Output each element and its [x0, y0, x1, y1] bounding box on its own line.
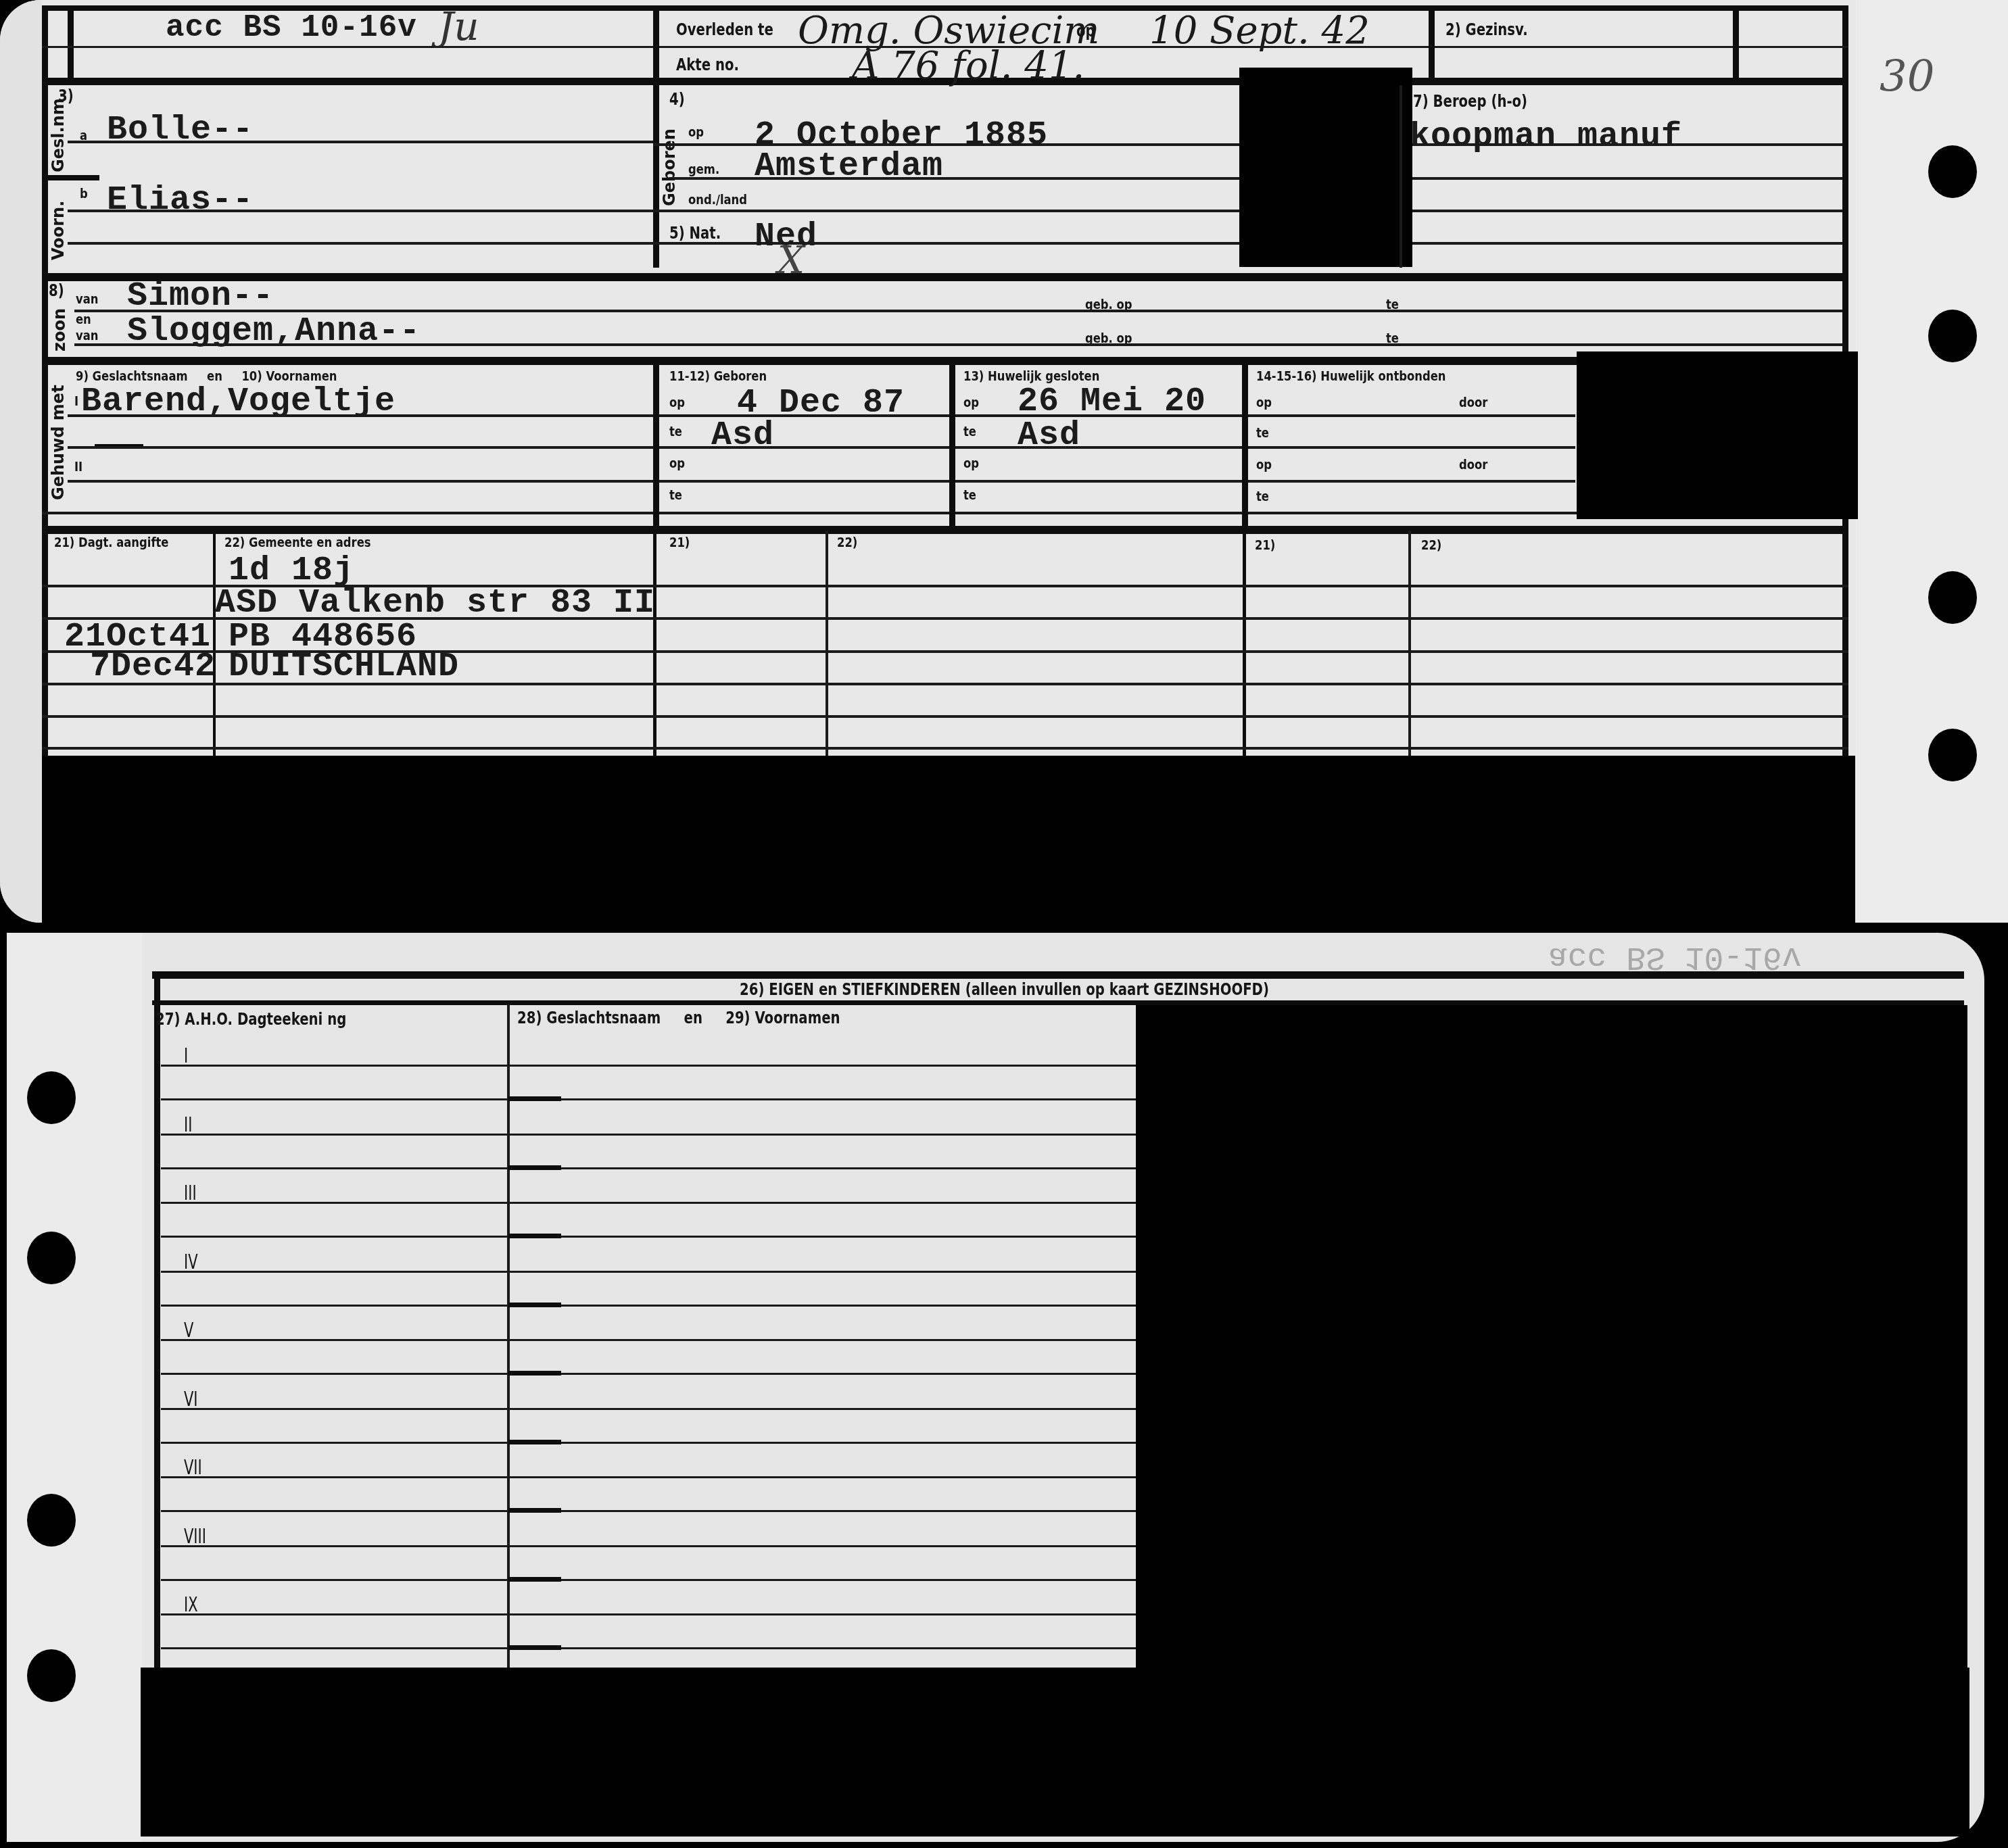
punch-hole-5: [27, 1071, 76, 1124]
dissolved-op-label: op: [1256, 395, 1272, 409]
gehuwd-met-side-label: Gehuwd met: [49, 385, 68, 500]
address-col22-c: 22): [1421, 538, 1441, 552]
back-title-top-rule: [152, 971, 1964, 979]
born-te-label-2: te: [669, 488, 682, 502]
address-row-4-date: 7Dec42: [90, 650, 216, 684]
gezinsv-label: 2) Gezinsv.: [1445, 22, 1528, 38]
married-place: Asd: [1018, 419, 1080, 453]
address-date-header: 21) Dagt. aangifte: [54, 535, 168, 549]
punch-hole-3: [1928, 571, 1977, 624]
address-rule-6: [42, 747, 1848, 750]
married-op-label: op: [963, 395, 979, 409]
dissolved-header: 14-15-16) Huwelijk ontbonden: [1256, 369, 1445, 383]
address-row-4-address: DUITSCHLAND: [229, 650, 459, 684]
father-name: Simon--: [127, 280, 274, 314]
mother-rule: [74, 343, 1842, 346]
header-divider-2: [653, 11, 659, 268]
name-rule-3: [68, 242, 653, 245]
father-te-label: te: [1386, 297, 1399, 311]
parents-number: 8): [49, 283, 64, 299]
marriage-divider-3: [1242, 362, 1248, 527]
front-card-left-edge: [0, 0, 42, 923]
spouse-1-marker: I: [74, 394, 78, 408]
child-row-dash-mark: [508, 1303, 561, 1307]
parents-en-label: en: [76, 312, 91, 326]
card-reference: acc BS 10-16v: [166, 12, 417, 43]
child-row-subrule: [161, 1647, 1136, 1649]
child-row-dash-mark: [508, 1371, 561, 1376]
birth-ond-label: ond./land: [688, 193, 747, 206]
spouse-rule-2: [68, 446, 1575, 449]
address-col21-c: 21): [1255, 538, 1275, 552]
address-row-1-address: 1d 18j: [229, 554, 354, 588]
dissolved-te-label-2: te: [1256, 489, 1269, 503]
child-row-subrule: [161, 1510, 1136, 1512]
dissolved-op-label-2: op: [1256, 458, 1272, 471]
married-op-label-2: op: [963, 456, 979, 470]
firstname-rule: [68, 210, 653, 212]
married-date: 26 Mei 20: [1018, 385, 1206, 419]
surname-rule: [68, 141, 653, 143]
children-section-title: 26) EIGEN en STIEFKINDEREN (alleen invul…: [740, 981, 1269, 998]
child-row-dash-mark: [508, 1577, 561, 1582]
address-divider-2: [826, 531, 828, 757]
header-divider-3: [1429, 11, 1435, 82]
birth-op-label: op: [688, 125, 704, 139]
birth-gem-label: gem.: [688, 162, 719, 176]
born-op-label-2: op: [669, 456, 685, 470]
punch-hole-6: [27, 1232, 76, 1284]
mother-van-label: van: [76, 329, 98, 342]
born-header: 11-12) Geboren: [669, 369, 767, 383]
nat-label: 5) Nat.: [669, 225, 721, 241]
redaction-block-1: [1239, 68, 1412, 267]
zoon-side-label: zoon: [50, 308, 69, 351]
child-row-dash-mark: [508, 1645, 561, 1650]
child-row-dash-mark: [508, 1165, 561, 1170]
child-row-subrule: [161, 1579, 1136, 1581]
address-col21-b: 21): [669, 535, 690, 549]
back-divider: [507, 1005, 510, 1668]
surname-marker: a: [80, 128, 87, 142]
firstname-value: Elias--: [107, 184, 254, 218]
birth-place-rule: [669, 177, 1241, 180]
punch-hole-2: [1928, 310, 1977, 362]
born-op-label: op: [669, 395, 685, 409]
child-row-rule: [161, 1476, 1136, 1478]
marriage-names-header: 9) Geslachtsnaam en 10) Voornamen: [76, 369, 337, 383]
child-row-subrule: [161, 1442, 1136, 1444]
address-col22-b: 22): [837, 535, 857, 549]
child-row-subrule: [161, 1373, 1136, 1375]
child-row-dash-mark: [508, 1234, 561, 1238]
address-divider-date: [213, 531, 216, 757]
child-row-rule: [161, 1134, 1136, 1136]
firstname-marker: b: [80, 187, 88, 200]
spouse-rule-3: [68, 480, 1575, 483]
child-row-rule: [161, 1339, 1136, 1341]
child-row-subrule: [161, 1305, 1136, 1307]
marriage-divider-2: [949, 362, 955, 527]
gesl-nm-side-label: Gesl.nm.: [49, 92, 68, 172]
front-frame-left: [42, 5, 48, 756]
nat-rule: [653, 242, 1241, 245]
punch-hole-4: [1928, 729, 1977, 781]
mother-geb-op-label: geb. op: [1085, 331, 1132, 345]
address-divider-1: [653, 531, 656, 757]
child-row-subrule: [161, 1167, 1136, 1169]
address-top-rule: [42, 526, 1848, 534]
punch-hole-7: [27, 1494, 76, 1547]
akte-label: Akte no.: [676, 57, 739, 73]
name-split-mark: [42, 175, 99, 180]
front-card-margin: [1856, 0, 2008, 923]
address-header: 22) Gemeente en adres: [224, 535, 371, 549]
mirrored-reference: acc BS 10-16v: [1548, 938, 1801, 975]
spouse-2-marker: II: [74, 460, 82, 473]
address-divider-4: [1408, 531, 1411, 757]
back-frame-left: [154, 971, 160, 1668]
dissolved-door-label: door: [1459, 395, 1487, 409]
child-row-rule: [161, 1613, 1136, 1615]
address-row-2-address: ASD Valkenb str 83 II: [215, 587, 655, 621]
born-place: Asd: [711, 419, 774, 453]
birth-date-rule: [653, 143, 1241, 146]
beroep-divider: [1400, 85, 1402, 268]
child-row-rule: [161, 1202, 1136, 1204]
born-date: 4 Dec 87: [737, 387, 905, 420]
married-header: 13) Huwelijk gesloten: [963, 369, 1099, 383]
header-divider-4: [1733, 11, 1739, 82]
child-row-rule: [161, 1408, 1136, 1410]
beroep-label: 7) Beroep (h-o): [1413, 93, 1527, 110]
redaction-block-4: [1136, 1005, 1967, 1671]
child-row-dash-mark: [508, 1440, 561, 1444]
child-row-rule: [161, 1065, 1136, 1067]
mother-te-label: te: [1386, 331, 1399, 345]
birth-section-number: 4): [669, 91, 685, 107]
overleden-te-label: Overleden te: [676, 22, 773, 38]
redaction-block-3: [42, 756, 1855, 923]
spouse-rule-4: [42, 512, 1579, 514]
redaction-block-5: [141, 1668, 1969, 1837]
child-row-subrule: [161, 1236, 1136, 1238]
child-row-subrule: [161, 1098, 1136, 1100]
page-number: 30: [1880, 55, 1934, 99]
dissolved-door-label-2: door: [1459, 458, 1487, 471]
overleden-op-label: op: [1076, 23, 1095, 39]
address-divider-3: [1243, 531, 1246, 757]
voorn-side-label: Voorn.: [49, 201, 68, 260]
punch-hole-8: [27, 1649, 76, 1702]
father-geb-op-label: geb. op: [1085, 297, 1132, 311]
beroep-value: koopman manuf: [1410, 120, 1682, 154]
beroep-rule-2: [1412, 177, 1842, 180]
child-row-rule: [161, 1545, 1136, 1547]
beroep-rule-3: [1412, 210, 1842, 212]
reference-handwritten-mark: Ju: [438, 7, 479, 46]
back-card-margin: [7, 933, 142, 1842]
beroep-rule-4: [1412, 242, 1842, 245]
married-te-label: te: [963, 424, 976, 438]
married-te-label-2: te: [963, 488, 976, 502]
overleden-date: 10 Sept. 42: [1149, 12, 1370, 50]
akte-number: A 76 fol. 41.: [852, 47, 1084, 85]
birth-ond-rule: [653, 210, 1241, 212]
address-rule-5: [42, 715, 1848, 718]
aho-header: 27) A.H.O. Dagteekeni ng: [156, 1011, 346, 1027]
geboren-side-label: Geboren: [660, 128, 679, 206]
father-van-label: van: [76, 292, 98, 306]
child-row-dash-mark: [508, 1508, 561, 1513]
parents-top-rule: [42, 273, 1848, 281]
child-row-dash-mark: [508, 1096, 561, 1101]
marriage-divider-1: [653, 362, 659, 527]
beroep-rule-1: [1412, 143, 1842, 146]
address-rule-4: [42, 683, 1848, 685]
born-te-label: te: [669, 424, 682, 438]
dissolved-te-label: te: [1256, 426, 1269, 439]
redaction-block-2: [1577, 351, 1858, 519]
back-title-bottom-rule: [152, 1000, 1964, 1005]
punch-hole-1: [1928, 145, 1977, 198]
children-names-header: 28) Geslachtsnaam en 29) Voornamen: [517, 1010, 840, 1026]
child-row-rule: [161, 1271, 1136, 1273]
